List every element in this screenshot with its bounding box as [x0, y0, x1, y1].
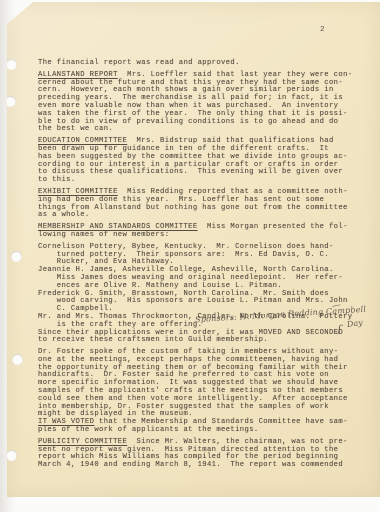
- page-number: 2: [320, 26, 325, 34]
- section-education-committee: EDUCATION COMMITTEE Mrs. Bidstrup said t…: [38, 138, 352, 185]
- section-first-text: Mrs. Bidstrup said that qualifications h…: [127, 137, 334, 145]
- punch-hole: [6, 59, 17, 70]
- punch-hole: [5, 96, 16, 107]
- section-heading: MEMBERSHIP AND STANDARDS COMMITTEE: [38, 223, 198, 231]
- handwritten-continuation: Day: [346, 318, 363, 329]
- financial-report-text: The financial report was read and approv…: [38, 59, 240, 67]
- punch-hole: [12, 354, 23, 365]
- section-body-lines: ing had been done this year. Mrs. Loeffl…: [38, 197, 352, 220]
- section-first-text: Miss Morgan presented the fol-: [198, 223, 348, 231]
- section-heading: PUBLICITY COMMITTEE: [38, 438, 127, 446]
- section-publicity-committee: PUBLICITY COMMITTEE Since Mr. Walters, t…: [38, 439, 352, 470]
- section-heading: EXHIBIT COMMITTEE: [38, 188, 118, 196]
- punch-hole: [6, 450, 17, 461]
- section-first-text: Since Mr. Walters, the chairman, was not…: [127, 438, 348, 446]
- section-body-lines: ples of the work of applicants at the me…: [38, 427, 352, 435]
- typed-text: The financial report was read and approv…: [38, 60, 352, 474]
- section-first-text: Miss Redding reported that as a committe…: [118, 188, 348, 196]
- document-page: 2 The financial report was read and appr…: [7, 2, 380, 497]
- section-body-lines: lowing names of new members:: [38, 232, 352, 240]
- section-allanstand-report: ALLANSTAND REPORT Mrs. Loeffler said tha…: [38, 72, 352, 134]
- section-body-lines: been drawn up for guidance in ten of the…: [38, 146, 352, 185]
- section-heading: EDUCATION COMMITTEE: [38, 137, 127, 145]
- section-first-text: Mrs. Loeffler said that last year they w…: [118, 71, 353, 79]
- section-exhibit-committee: EXHIBIT COMMITTEE Miss Redding reported …: [38, 189, 352, 220]
- section-body-lines: sent no report was given. Miss Pitman di…: [38, 447, 352, 470]
- scan-background: 2 The financial report was read and appr…: [0, 0, 380, 512]
- punch-hole: [11, 251, 22, 262]
- section-membership-standards-committee: MEMBERSHIP AND STANDARDS COMMITTEE Miss …: [38, 224, 352, 240]
- section-heading: ALLANSTAND REPORT: [38, 71, 118, 79]
- paragraph-moved-seconded: Since their applications were in order, …: [38, 330, 352, 346]
- paragraph-financial-report: The financial report was read and approv…: [38, 60, 352, 68]
- paragraph-it-was-voted: IT WAS VOTED that the Membership and Sta…: [38, 419, 352, 435]
- section-body-lines: cerned about the future and that this ye…: [38, 80, 352, 135]
- paragraph-dr-foster: Dr. Foster spoke of the custom of taking…: [38, 349, 352, 419]
